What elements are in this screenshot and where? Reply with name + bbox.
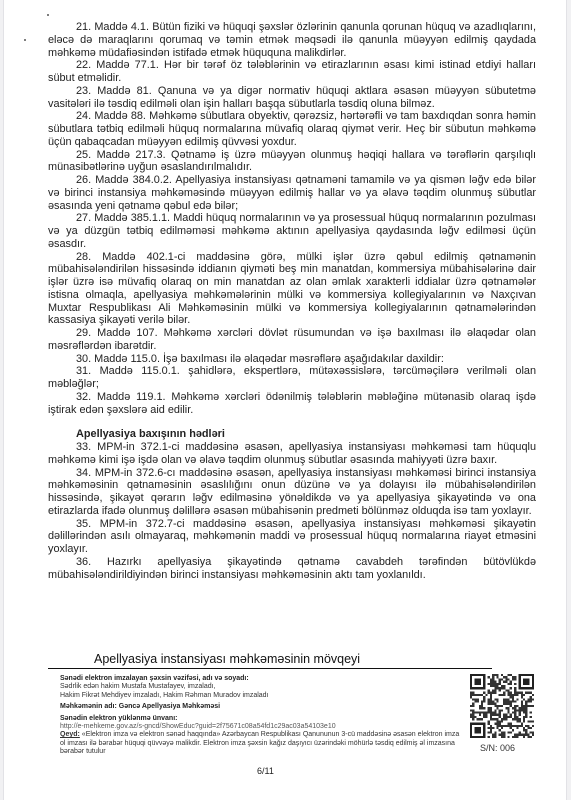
paragraph-26: 26. Maddə 384.0.2. Apellyasiya instansiy… [48,174,536,212]
scan-speck [24,39,26,41]
page-number: 6/11 [257,766,274,776]
section-heading: Apellyasiya baxışının hədləri [48,428,536,441]
court-label: Məhkəmənin adı: [60,703,117,710]
note-label: Qeyd: [60,731,80,738]
paragraph-33: 33. MPM-in 372.1-ci maddəsinə əsasən, ap… [48,441,536,467]
court-line: Məhkəmənin adı: Gəncə Apellyasiya Məhkəm… [60,703,460,711]
note: Qeyd: «Elektron imza və elektron sənəd h… [60,731,460,756]
note-text: «Elektron imza və elektron sənəd haqqınd… [60,731,459,755]
paragraph-35: 35. MPM-in 372.7-ci maddəsinə əsasən, ap… [48,518,536,556]
paragraph-29: 29. Maddə 107. Məhkəmə xərcləri dövlət r… [48,327,536,353]
paragraph-34: 34. MPM-in 372.6-cı maddəsinə əsasən, ap… [48,467,536,518]
paragraph-28: 28. Maddə 402.1-ci maddəsinə görə, mülki… [48,251,536,328]
paragraph-25: 25. Maddə 217.3. Qətnamə iş üzrə müəyyən… [48,149,536,175]
paragraph-21: 21. Maddə 4.1. Bütün fiziki və hüquqi şə… [48,21,536,59]
paragraph-23: 23. Maddə 81. Qanuna və ya digər normati… [48,85,536,111]
url-label: Sənədin elektron yüklənmə ünvanı: [60,715,460,723]
paragraph-36: 36. Hazırkı apellyasiya şikayətində qətn… [48,556,536,582]
signer-line-1: Sədrlik edən hakim Mustafa Mustafayev, i… [60,683,460,691]
signer-line-2: Hakim Fikrət Mehdiyev imzaladı, Hakim Rə… [60,692,460,700]
serial-number: S/N: 006 [480,743,515,753]
paragraph-24: 24. Maddə 88. Məhkəmə sübutlara obyektiv… [48,110,536,148]
document-body: 21. Maddə 4.1. Bütün fiziki və hüquqi şə… [48,21,536,581]
paragraph-27: 27. Maddə 385.1.1. Maddi hüquq normaları… [48,212,536,250]
paragraph-22: 22. Maddə 77.1. Hər bir tərəf öz tələblə… [48,59,536,85]
paragraph-30: 30. Maddə 115.0. İşə baxılması ilə əlaqə… [48,353,536,366]
position-heading: Apellyasiya instansiyası məhkəməsinin mö… [48,650,492,669]
paragraph-32: 32. Maddə 119.1. Məhkəmə xərcləri ödənil… [48,391,536,417]
document-page: 21. Maddə 4.1. Bütün fiziki və hüquqi şə… [3,0,567,800]
signer-label: Sənədi elektron imzalayan şəxsin vəzifəs… [60,675,460,683]
document-url-link[interactable]: http://e-mehkeme.gov.az/s-gncd/ShowEduc?… [60,723,460,731]
paragraph-31: 31. Maddə 115.0.1. şahidlərə, ekspertlər… [48,365,536,391]
court-name: Gəncə Apellyasiya Məhkəməsi [119,703,220,710]
scan-speck [47,14,49,16]
signature-block: Sənədi elektron imzalayan şəxsin vəzifəs… [60,675,460,757]
qr-code-icon [470,674,534,738]
